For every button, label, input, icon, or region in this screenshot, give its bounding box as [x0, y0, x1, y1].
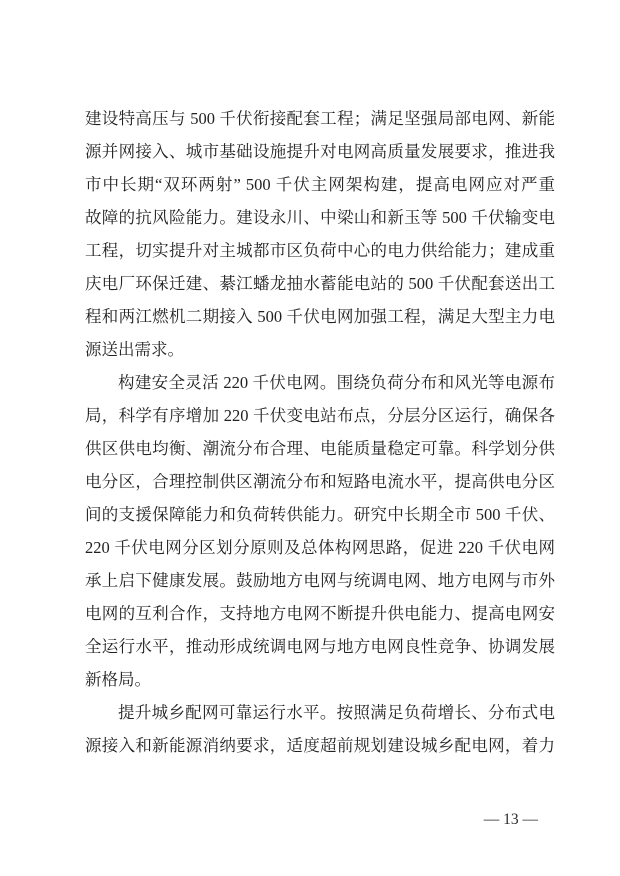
text-line: 源接入和新能源消纳要求，适度超前规划建设城乡配电网，着力 — [85, 729, 555, 762]
text-line: 源送出需求。 — [85, 333, 555, 366]
body-text: 建设特高压与 500 千伏衔接配套工程；满足坚强局部电网、新能 源并网接入、城市… — [85, 102, 555, 762]
text-line: 局，科学有序增加 220 千伏变电站布点，分层分区运行，确保各 — [85, 399, 555, 432]
text-line: 新格局。 — [85, 663, 555, 696]
text-line: 电网的互利合作，支持地方电网不断提升供电能力、提高电网安 — [85, 597, 555, 630]
page-number: — 13 — — [484, 811, 538, 829]
text-line: 程和两江燃机二期接入 500 千伏电网加强工程，满足大型主力电 — [85, 300, 555, 333]
text-line: 全运行水平，推动形成统调电网与地方电网良性竞争、协调发展 — [85, 630, 555, 663]
document-page: 建设特高压与 500 千伏衔接配套工程；满足坚强局部电网、新能 源并网接入、城市… — [0, 0, 620, 876]
text-line: 间的支援保障能力和负荷转供能力。研究中长期全市 500 千伏、 — [85, 498, 555, 531]
text-line: 提升城乡配网可靠运行水平。按照满足负荷增长、分布式电 — [85, 696, 555, 729]
text-line: 电分区，合理控制供区潮流分布和短路电流水平，提高供电分区 — [85, 465, 555, 498]
text-line: 故障的抗风险能力。建设永川、中梁山和新玉等 500 千伏输变电 — [85, 201, 555, 234]
text-line: 建设特高压与 500 千伏衔接配套工程；满足坚强局部电网、新能 — [85, 102, 555, 135]
text-line: 供区供电均衡、潮流分布合理、电能质量稳定可靠。科学划分供 — [85, 432, 555, 465]
text-line: 源并网接入、城市基础设施提升对电网高质量发展要求，推进我 — [85, 135, 555, 168]
text-line: 220 千伏电网分区划分原则及总体构网思路，促进 220 千伏电网 — [85, 531, 555, 564]
text-line: 承上启下健康发展。鼓励地方电网与统调电网、地方电网与市外 — [85, 564, 555, 597]
text-line: 工程，切实提升对主城都市区负荷中心的电力供给能力；建成重 — [85, 234, 555, 267]
text-line: 庆电厂环保迁建、綦江蟠龙抽水蓄能电站的 500 千伏配套送出工 — [85, 267, 555, 300]
text-line: 构建安全灵活 220 千伏电网。围绕负荷分布和风光等电源布 — [85, 366, 555, 399]
text-line: 市中长期“双环两射” 500 千伏主网架构建，提高电网应对严重 — [85, 168, 555, 201]
